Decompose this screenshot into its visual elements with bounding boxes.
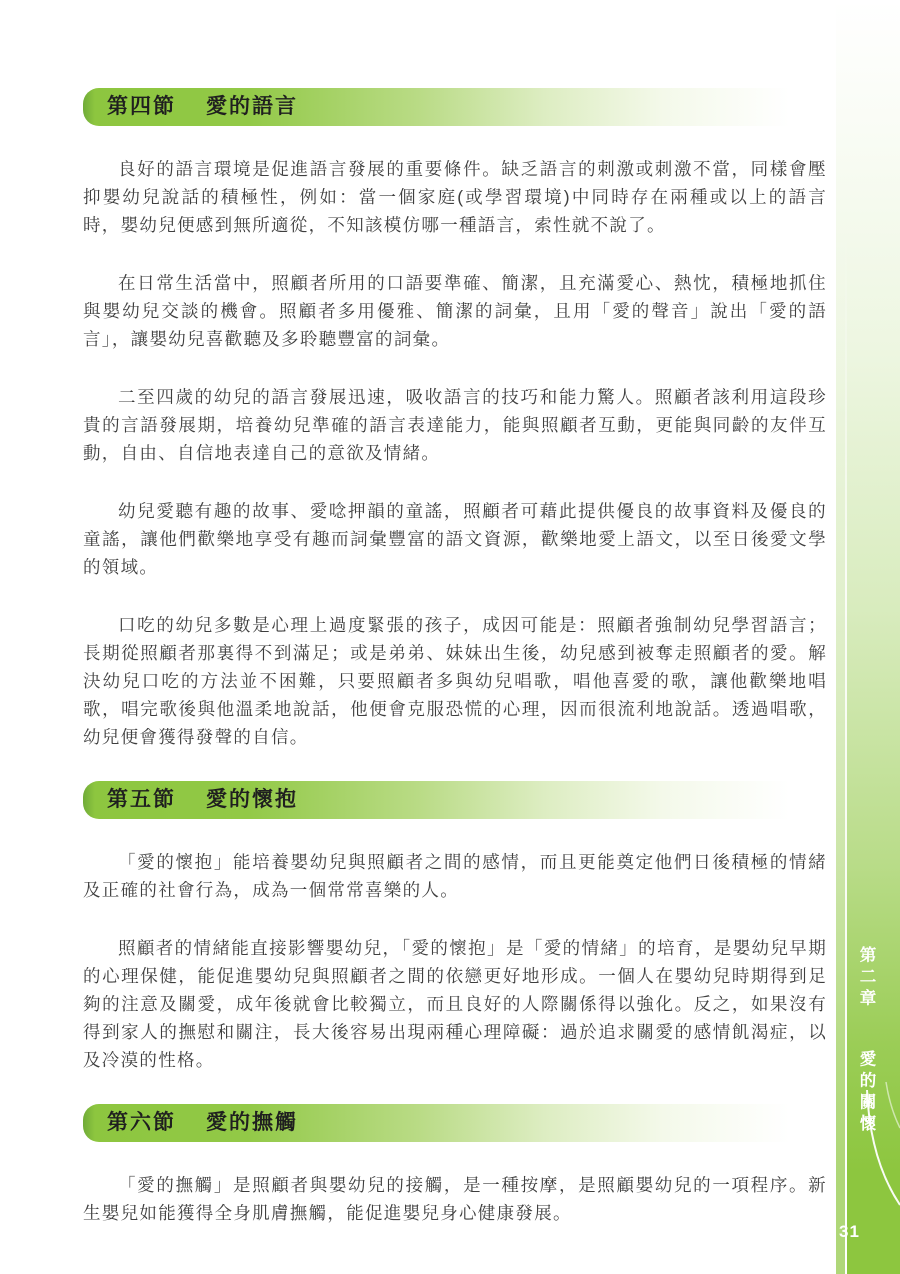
chapter-number: 第二章 — [857, 946, 875, 1011]
section-number: 第五節 — [107, 788, 176, 811]
section-number: 第六節 — [107, 1111, 176, 1134]
paragraph: 在日常生活當中，照顧者所用的口語要準確、簡潔，且充滿愛心、熱忱，積極地抓住與嬰幼… — [83, 269, 827, 353]
chapter-side-strip: 第二章 愛的關懷 31 — [836, 0, 900, 1274]
section-love-language: 第四節愛的語言 良好的語言環境是促進語言發展的重要條件。缺乏語言的刺激或刺激不當… — [83, 88, 827, 751]
side-strip-light-band — [836, 0, 845, 1274]
chapter-title: 愛的關懷 — [857, 1050, 875, 1136]
section-title: 愛的撫觸 — [206, 1111, 298, 1134]
paragraph: 良好的語言環境是促進語言發展的重要條件。缺乏語言的刺激或刺激不當，同樣會壓抑嬰幼… — [83, 155, 827, 239]
chapter-tab: 第二章 愛的關懷 — [854, 946, 878, 1136]
side-strip-white-line — [845, 0, 847, 1274]
section-header: 第五節愛的懷抱 — [83, 781, 827, 819]
book-page: 第四節愛的語言 良好的語言環境是促進語言發展的重要條件。缺乏語言的刺激或刺激不當… — [0, 0, 900, 1274]
section-number: 第四節 — [107, 95, 176, 118]
section-title: 愛的語言 — [206, 95, 298, 118]
main-content: 第四節愛的語言 良好的語言環境是促進語言發展的重要條件。缺乏語言的刺激或刺激不當… — [83, 0, 827, 1257]
page-number: 31 — [839, 1222, 860, 1242]
section-header: 第六節愛的撫觸 — [83, 1104, 827, 1142]
paragraph: 口吃的幼兒多數是心理上過度緊張的孩子，成因可能是：照顧者強制幼兒學習語言；長期從… — [83, 611, 827, 751]
paragraph: 照顧者的情緒能直接影響嬰幼兒，「愛的懷抱」是「愛的情緒」的培育，是嬰幼兒早期的心… — [83, 934, 827, 1074]
section-love-touch: 第六節愛的撫觸 「愛的撫觸」是照顧者與嬰幼兒的接觸，是一種按摩，是照顧嬰幼兒的一… — [83, 1104, 827, 1227]
section-title: 愛的懷抱 — [206, 788, 298, 811]
paragraph: 二至四歲的幼兒的語言發展迅速，吸收語言的技巧和能力驚人。照顧者該利用這段珍貴的言… — [83, 383, 827, 467]
section-header: 第四節愛的語言 — [83, 88, 827, 126]
paragraph: 「愛的撫觸」是照顧者與嬰幼兒的接觸，是一種按摩，是照顧嬰幼兒的一項程序。新生嬰兒… — [83, 1171, 827, 1227]
section-love-embrace: 第五節愛的懷抱 「愛的懷抱」能培養嬰幼兒與照顧者之間的感情，而且更能奠定他們日後… — [83, 781, 827, 1074]
paragraph: 幼兒愛聽有趣的故事、愛唸押韻的童謠，照顧者可藉此提供優良的故事資料及優良的童謠，… — [83, 497, 827, 581]
paragraph: 「愛的懷抱」能培養嬰幼兒與照顧者之間的感情，而且更能奠定他們日後積極的情緒及正確… — [83, 848, 827, 904]
